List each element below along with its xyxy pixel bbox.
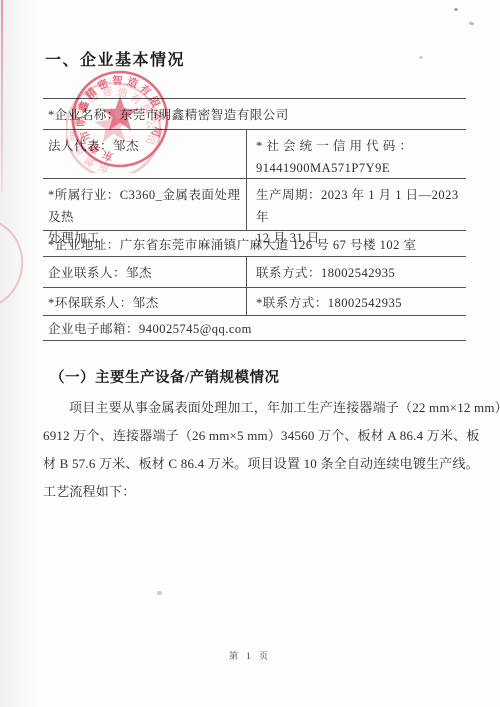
scan-speck — [454, 8, 458, 11]
paragraph-line: 6912 万个、连接器端子（26 mm×5 mm）34560 万个、板材 A 8… — [43, 422, 466, 450]
table-row-address: *企业地址：广东省东莞市麻涌镇广麻大道 126 号 67 号楼 102 室 — [43, 230, 466, 256]
scan-speck — [469, 21, 475, 26]
table-row-company-name: *企业名称：东莞市明鑫精密智造有限公司 — [43, 98, 466, 129]
section-title: 一、企业基本情况 — [45, 47, 185, 70]
paragraph-line: 项目主要从事金属表面处理加工，年加工生产连接器端子（22 mm×12 mm） — [43, 394, 466, 422]
body-paragraph: 项目主要从事金属表面处理加工，年加工生产连接器端子（22 mm×12 mm） 6… — [43, 394, 466, 506]
subsection-heading: （一）主要生产设备/产销规模情况 — [50, 366, 280, 387]
table-row-industry-period: *所属行业：C3360_金属表面处理及热 处理加工 生产周期：2023 年 1 … — [43, 178, 466, 230]
paragraph-line: 材 B 57.6 万米、板材 C 86.4 万米。项目设置 10 条全自动连续电… — [43, 450, 466, 478]
partial-seal-edge-artifact — [0, 209, 33, 319]
scan-speck — [157, 591, 162, 595]
contact-person-cell: 企业联系人：邹杰 — [43, 257, 247, 287]
env-contact-person-cell: *环保联系人：邹杰 — [43, 288, 247, 315]
credit-code-cell: * 社 会 统 一 信 用 代 码 ： 91441900MA571P7Y9E — [247, 130, 466, 178]
table-row-email: 企业电子邮箱：940025745@qq.com — [43, 315, 466, 340]
table-row-env-contact: *环保联系人：邹杰 *联系方式：18002542935 — [43, 287, 466, 315]
company-info-table: *企业名称：东莞市明鑫精密智造有限公司 法人代表：邹杰 * 社 会 统 一 信 … — [43, 98, 466, 341]
scan-edge-artifact — [1, 0, 3, 192]
env-contact-phone-cell: *联系方式：18002542935 — [247, 288, 466, 315]
contact-phone-cell: 联系方式：18002542935 — [247, 257, 466, 287]
table-row-legal-rep-credit-code: 法人代表：邹杰 * 社 会 统 一 信 用 代 码 ： 91441900MA57… — [43, 129, 466, 178]
production-period-cell: 生产周期：2023 年 1 月 1 日—2023 年 12 月 31 日 — [247, 179, 466, 230]
paragraph-line: 工艺流程如下： — [43, 478, 466, 506]
company-name-cell: *企业名称：东莞市明鑫精密智造有限公司 — [48, 105, 289, 123]
scan-speck — [419, 56, 423, 59]
industry-cell: *所属行业：C3360_金属表面处理及热 处理加工 — [43, 179, 247, 230]
legal-representative-cell: 法人代表：邹杰 — [43, 130, 247, 178]
table-row-contact: 企业联系人：邹杰 联系方式：18002542935 — [43, 256, 466, 287]
company-email-cell: 企业电子邮箱：940025745@qq.com — [48, 319, 252, 337]
company-address-cell: *企业地址：广东省东莞市麻涌镇广麻大道 126 号 67 号楼 102 室 — [48, 235, 417, 253]
page-number: 第 1 页 — [0, 649, 500, 662]
scanned-document-page: 一、企业基本情况 *企业名称：东莞市明鑫精密智造有限公司 法人代表：邹杰 * 社… — [0, 0, 500, 707]
